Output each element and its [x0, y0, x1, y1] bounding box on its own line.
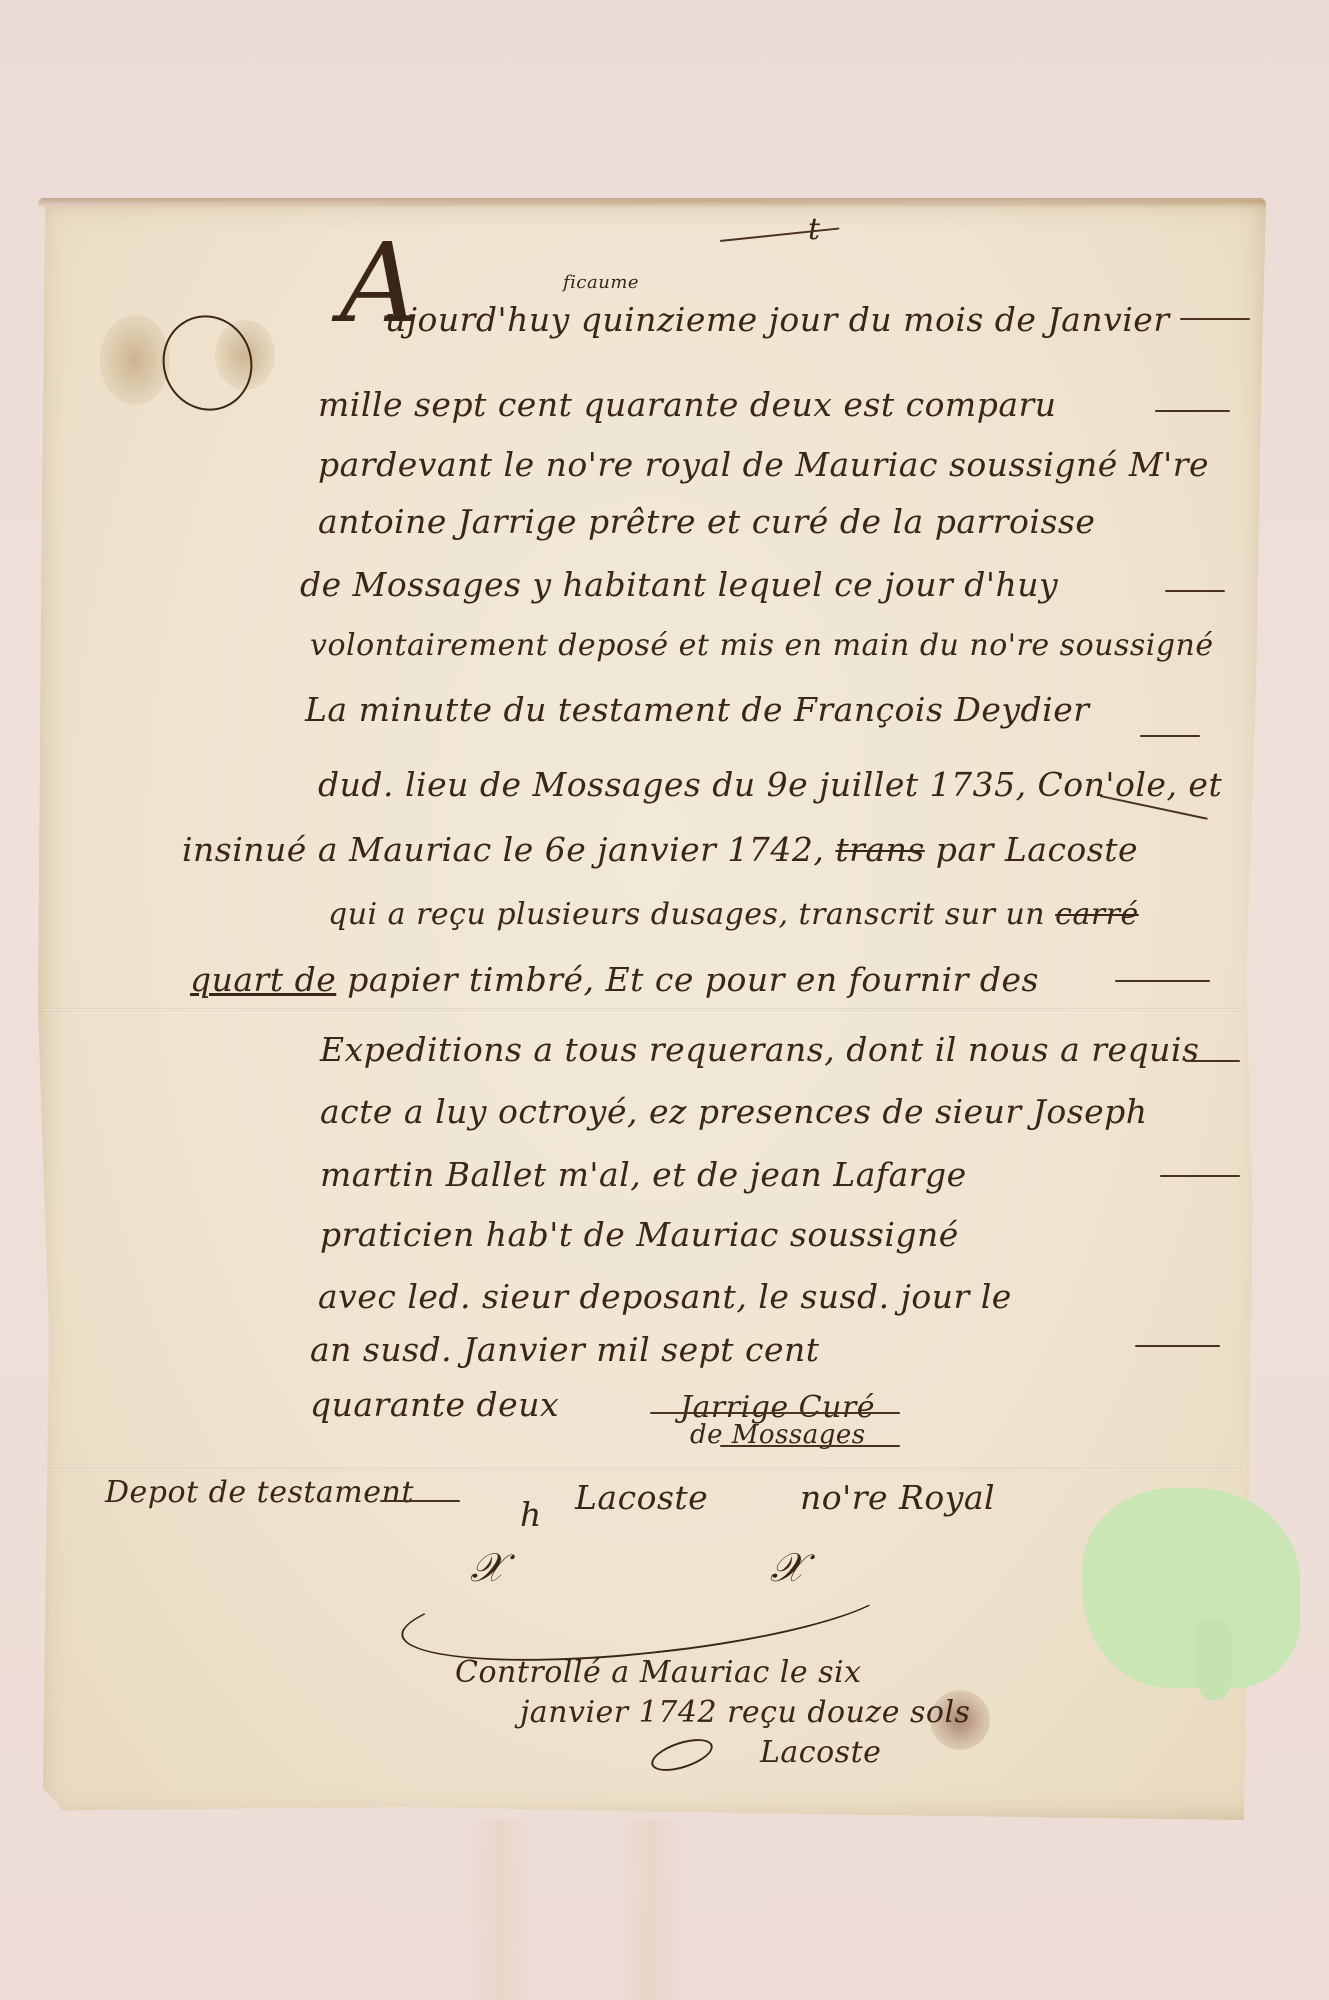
body-line-4: antoine Jarrige prêtre et curé de la par…: [318, 502, 1095, 541]
line-11-text: papier timbré, Et ce pour en fournir des: [347, 960, 1039, 999]
line-end-dash: [1165, 590, 1225, 592]
control-note-line-2: janvier 1742 reçu douze sols: [520, 1695, 970, 1730]
body-line-3: pardevant le no're royal de Mauriac sous…: [318, 445, 1209, 484]
line-end-dash: [1135, 1345, 1220, 1347]
body-line-6: volontairement deposé et mis en main du …: [310, 628, 1214, 663]
body-line-7: La minutte du testament de François Deyd…: [305, 690, 1090, 729]
margin-note: Depot de testament: [105, 1475, 414, 1510]
signature-underline: [720, 1445, 900, 1447]
line-end-dash: [1185, 1060, 1240, 1062]
control-note-signature: Lacoste: [760, 1735, 881, 1770]
line-10-text: qui a reçu plusieurs dusages, transcrit …: [328, 897, 1045, 932]
body-line-1: ujourd'huy quinzieme jour du mois de Jan…: [385, 300, 1170, 339]
horizontal-fold: [42, 1468, 1242, 1471]
underlined-text: quart de: [190, 960, 336, 999]
insertion-above-line: ficaume: [563, 272, 639, 293]
green-stain-patch: [1195, 1620, 1233, 1700]
notary-title: no're Royal: [800, 1478, 995, 1517]
line-end-dash: [1115, 980, 1210, 982]
notary-prefix: h: [520, 1495, 542, 1534]
green-stain-patch: [1082, 1488, 1300, 1688]
line-end-dash: [1180, 318, 1250, 320]
signature-notary: Lacoste: [575, 1478, 708, 1517]
body-line-8: dud. lieu de Mossages du 9e juillet 1735…: [318, 765, 1222, 804]
line-end-dash: [1160, 1175, 1240, 1177]
body-line-15: praticien hab't de Mauriac soussigné: [320, 1215, 959, 1254]
body-line-18: quarante deux: [310, 1385, 559, 1424]
body-line-5: de Mossages y habitant lequel ce jour d'…: [300, 565, 1058, 604]
body-line-16: avec led. sieur deposant, le susd. jour …: [318, 1277, 1012, 1316]
paraph-flourish-icon: 𝒳: [470, 1545, 504, 1591]
body-line-2: mille sept cent quarante deux est compar…: [318, 385, 1057, 424]
struck-word: carré: [1055, 897, 1139, 932]
water-stain: [100, 315, 170, 405]
line-end-dash: [1140, 735, 1200, 737]
line-9-text: insinué a Mauriac le 6e janvier 1742,: [182, 830, 824, 869]
struck-word: trans: [835, 830, 924, 869]
body-line-9: insinué a Mauriac le 6e janvier 1742, tr…: [182, 830, 1138, 869]
body-line-13: acte a luy octroyé, ez presences de sieu…: [320, 1092, 1148, 1131]
line-9-text-after: par Lacoste: [936, 830, 1138, 869]
paper-edge-top: [38, 198, 1266, 208]
body-line-17: an susd. Janvier mil sept cent: [310, 1330, 820, 1369]
line-end-dash: [1155, 410, 1230, 412]
signature-underline: [650, 1412, 900, 1414]
backdrop-streak: [470, 1820, 530, 2000]
control-note-line-1: Controllé a Mauriac le six: [455, 1655, 862, 1690]
body-line-10: qui a reçu plusieurs dusages, transcrit …: [328, 897, 1139, 932]
body-line-12: Expeditions a tous requerans, dont il no…: [320, 1030, 1199, 1069]
backdrop-streak: [620, 1820, 680, 2000]
body-line-14: martin Ballet m'al, et de jean Lafarge: [320, 1155, 967, 1194]
horizontal-fold: [42, 1008, 1242, 1011]
body-line-11: quart de papier timbré, Et ce pour en fo…: [190, 960, 1039, 999]
margin-note-dash: [380, 1500, 460, 1502]
